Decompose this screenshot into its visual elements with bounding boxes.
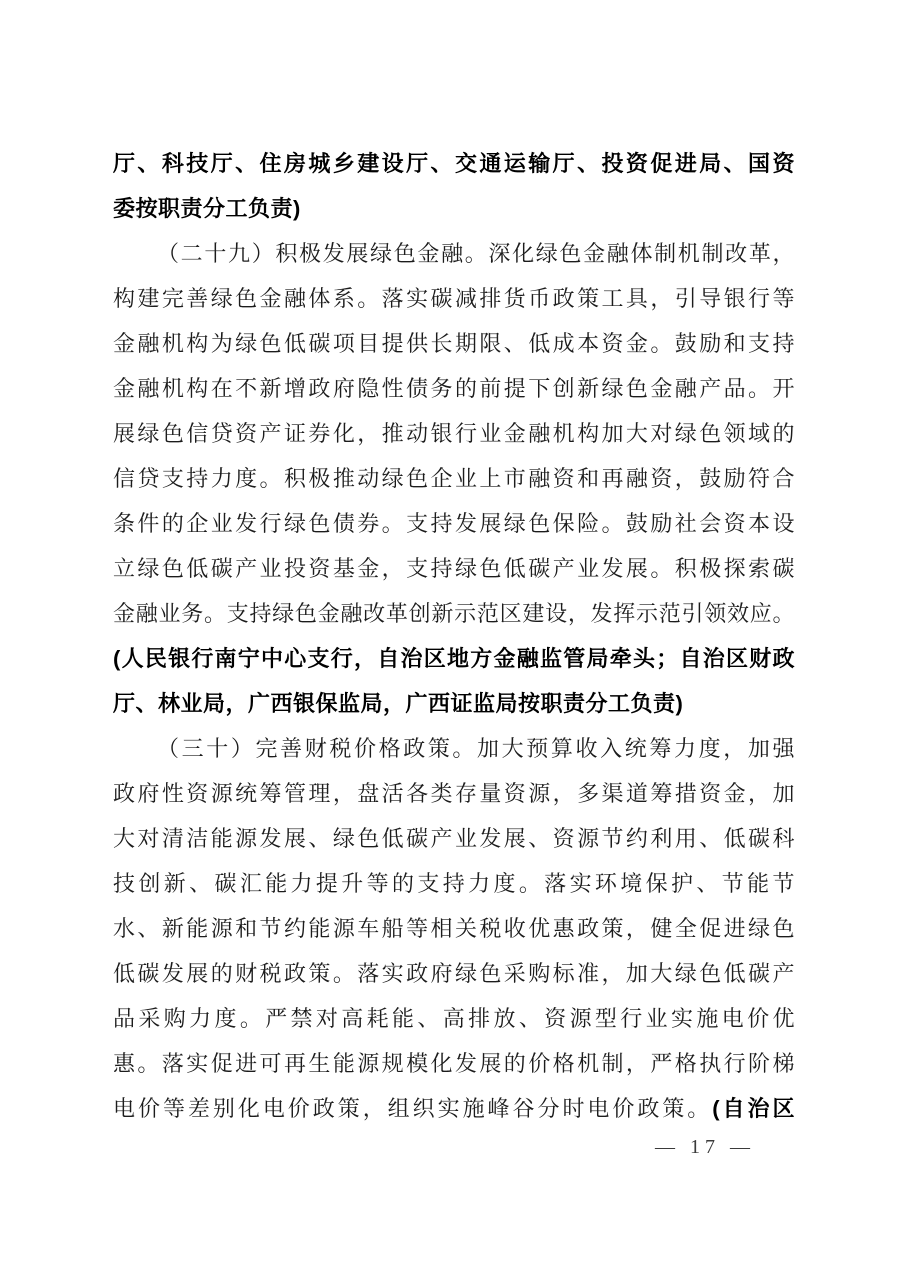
text-line: 条件的企业发行绿色债券。支持发展绿色保险。鼓励社会资本设 (113, 501, 795, 546)
text-line: 展绿色信贷资产证券化，推动银行业金融机构加大对绿色领域的 (113, 411, 795, 456)
text-line: 构建完善绿色金融体系。落实碳减排货币政策工具，引导银行等 (113, 276, 795, 321)
text-line: 厅、林业局，广西银保监局，广西证监局按职责分工负责) (113, 681, 795, 726)
text-line: （二十九）积极发展绿色金融。深化绿色金融体制机制改革， (113, 231, 795, 276)
text-line: 低碳发展的财税政策。落实政府绿色采购标准，加大绿色低碳产 (113, 951, 795, 996)
text-line: 委按职责分工负责) (113, 186, 795, 231)
text-line: 品采购力度。严禁对高耗能、高排放、资源型行业实施电价优 (113, 996, 795, 1041)
text-line: (人民银行南宁中心支行，自治区地方金融监管局牵头；自治区财政 (113, 636, 795, 681)
text-line: 信贷支持力度。积极推动绿色企业上市融资和再融资，鼓励符合 (113, 456, 795, 501)
text-line: （三十）完善财税价格政策。加大预算收入统筹力度，加强 (113, 726, 795, 771)
document-page: 厅、科技厅、住房城乡建设厅、交通运输厅、投资促进局、国资 委按职责分工负责) （… (0, 0, 900, 1272)
text-line: 电价等差别化电价政策，组织实施峰谷分时电价政策。(自治区 (113, 1086, 795, 1131)
text-line: 水、新能源和节约能源车船等相关税收优惠政策，健全促进绿色 (113, 906, 795, 951)
text-line: 金融机构为绿色低碳项目提供长期限、低成本资金。鼓励和支持 (113, 321, 795, 366)
document-body: 厅、科技厅、住房城乡建设厅、交通运输厅、投资促进局、国资 委按职责分工负责) （… (113, 141, 795, 1131)
text-line: 金融机构在不新增政府隐性债务的前提下创新绿色金融产品。开 (113, 366, 795, 411)
text-line: 厅、科技厅、住房城乡建设厅、交通运输厅、投资促进局、国资 (113, 141, 795, 186)
text-line: 惠。落实促进可再生能源规模化发展的价格机制，严格执行阶梯 (113, 1041, 795, 1086)
text-line: 金融业务。支持绿色金融改革创新示范区建设，发挥示范引领效应。 (113, 591, 795, 636)
text-line: 立绿色低碳产业投资基金，支持绿色低碳产业发展。积极探索碳 (113, 546, 795, 591)
text-line: 政府性资源统筹管理，盘活各类存量资源，多渠道筹措资金，加 (113, 771, 795, 816)
text-line: 技创新、碳汇能力提升等的支持力度。落实环境保护、节能节 (113, 861, 795, 906)
text-line-normal-part: 电价等差别化电价政策，组织实施峰谷分时电价政策。 (113, 1096, 712, 1121)
page-number: — 17 — (655, 1133, 755, 1161)
text-line-bold-part: (自治区 (712, 1096, 795, 1121)
text-line: 大对清洁能源发展、绿色低碳产业发展、资源节约利用、低碳科 (113, 816, 795, 861)
